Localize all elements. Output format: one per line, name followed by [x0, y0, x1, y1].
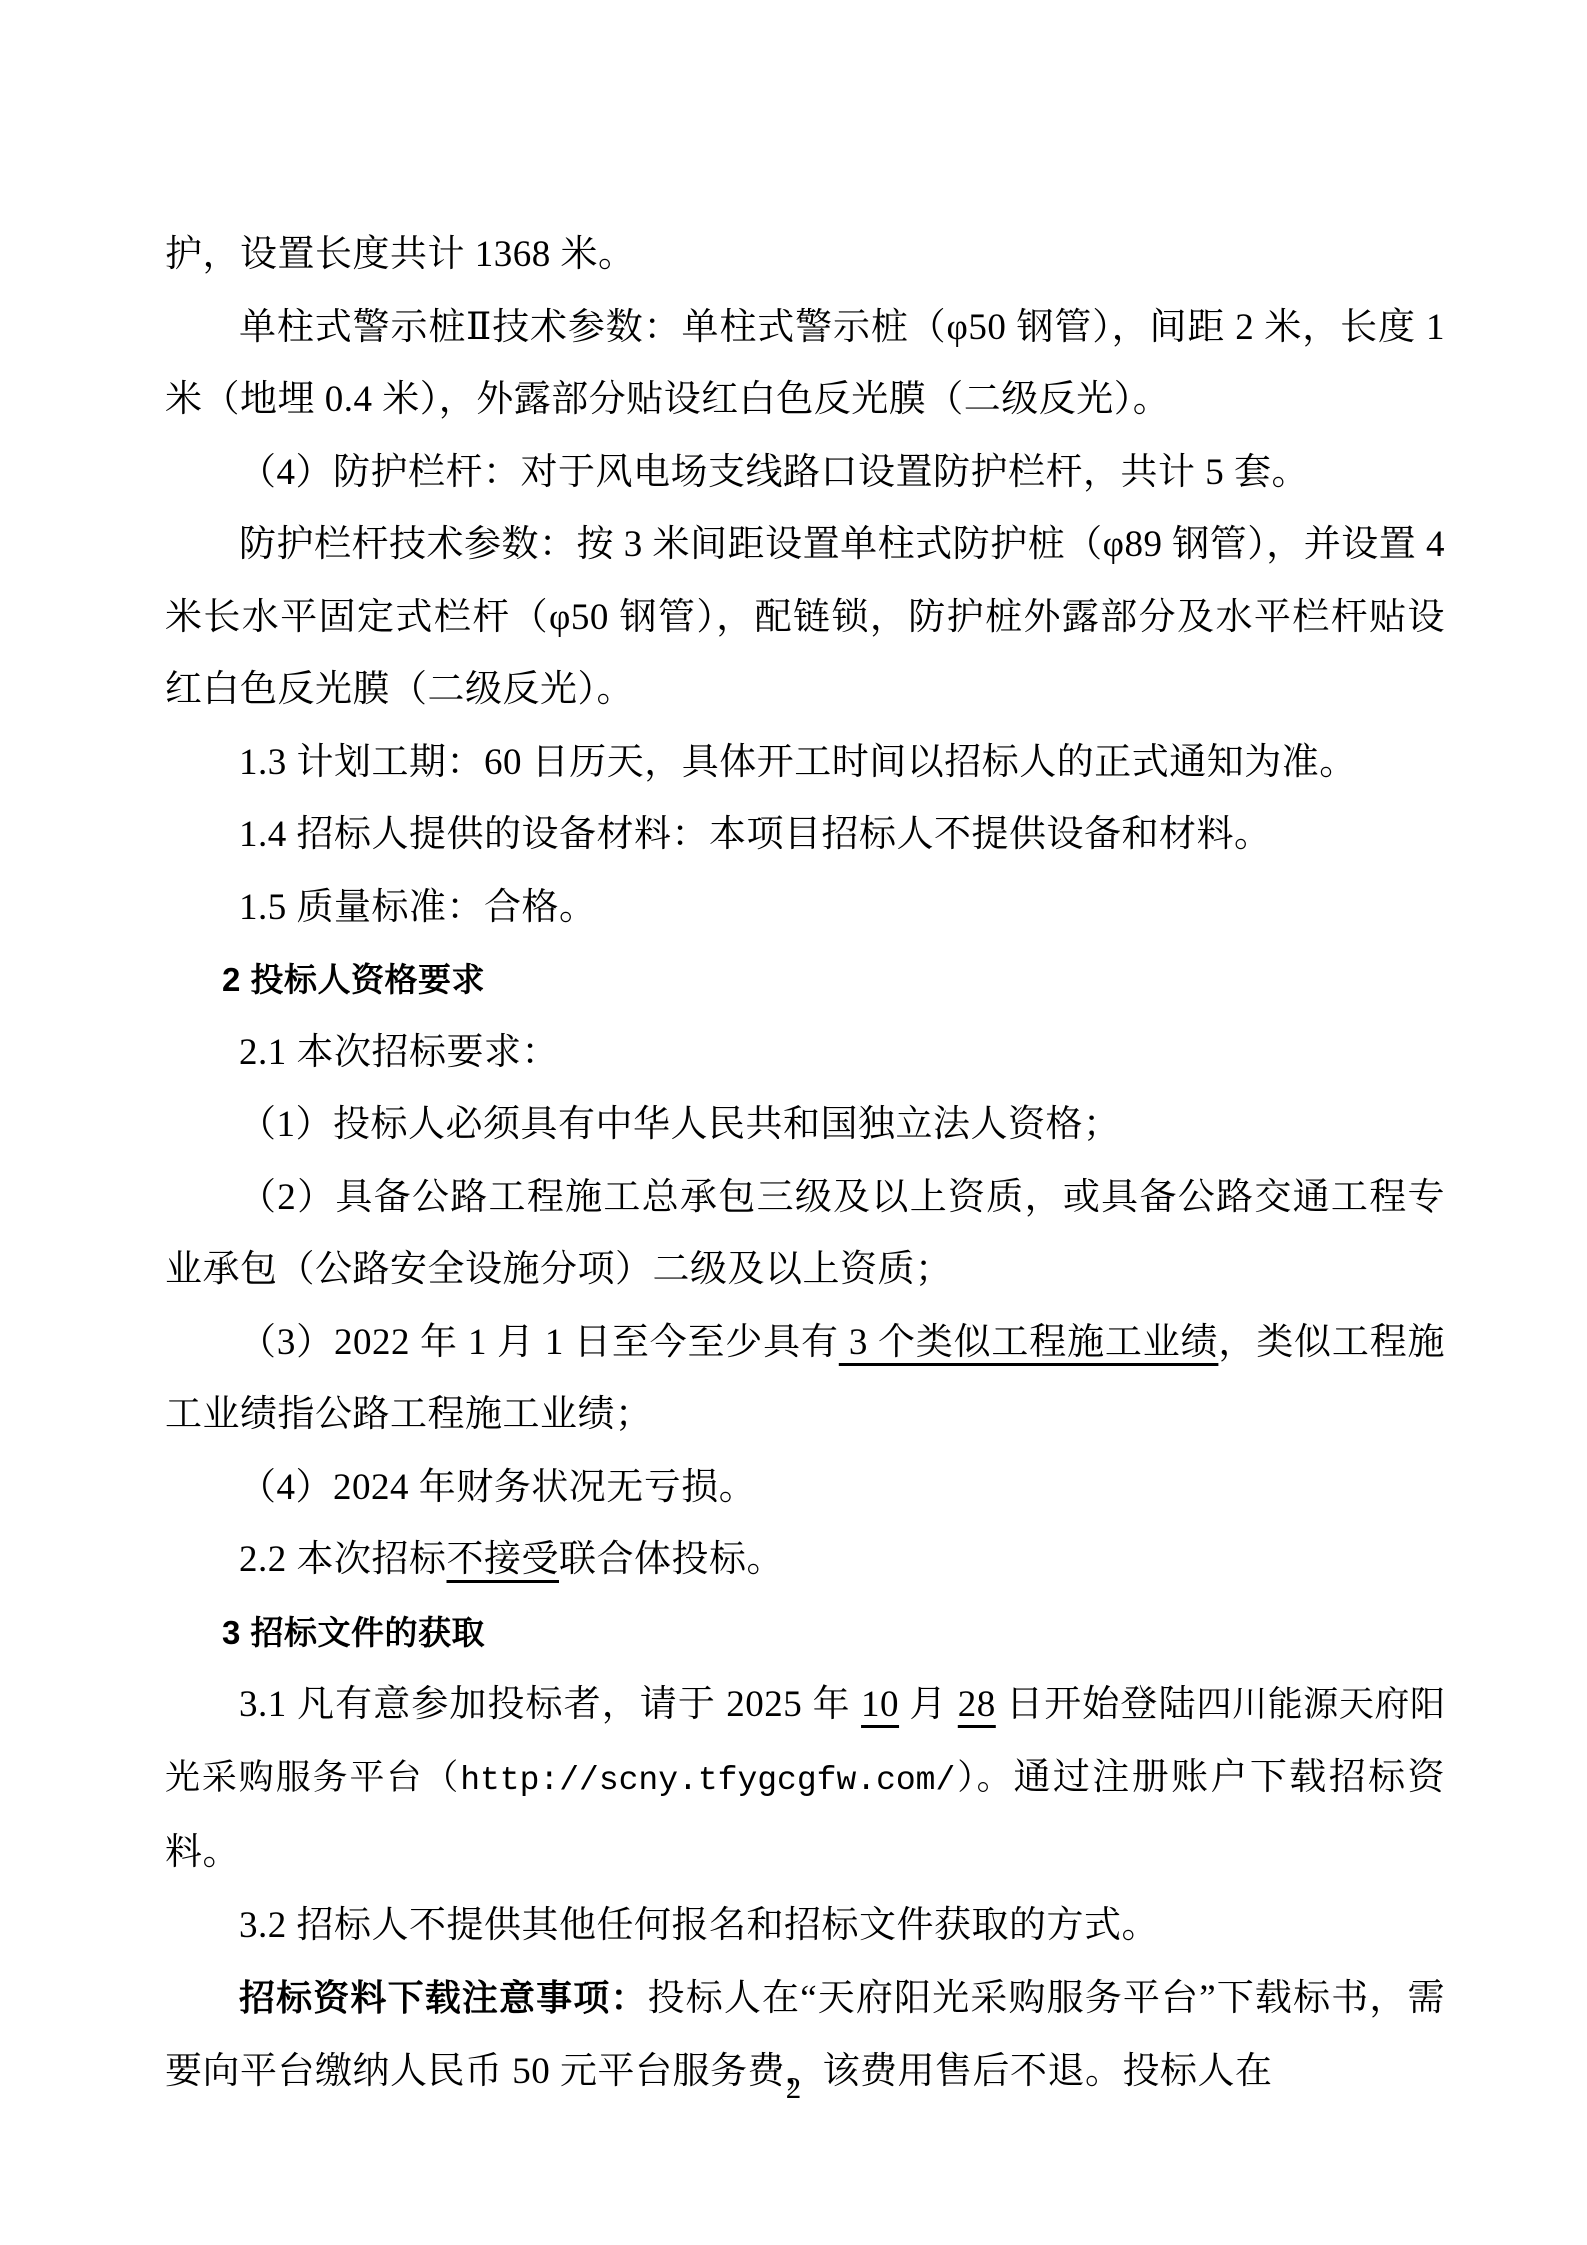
para-protective-railing-params: 防护栏杆技术参数：按 3 米间距设置单柱式防护桩（φ89 钢管），并设置 4 米… — [165, 509, 1445, 727]
document-body: 护，设置长度共计 1368 米。 单柱式警示桩Ⅱ技术参数：单柱式警示桩（φ50 … — [165, 219, 1445, 2108]
underlined-text: 3 个类似工程施工业绩 — [839, 1322, 1219, 1363]
text-run: 防护栏杆技术参数：按 3 米间距设置单柱式防护桩（φ89 钢管），并设置 4 米… — [165, 524, 1445, 710]
text-run: 2.1 本次招标要求： — [239, 1032, 559, 1073]
para-continuation-guardrail-length: 护，设置长度共计 1368 米。 — [165, 219, 1445, 292]
para-req-2-qualification-grade: （2）具备公路工程施工总承包三级及以上资质，或具备公路交通工程专业承包（公路安全… — [165, 1162, 1445, 1307]
page-number: 2 — [0, 2068, 1587, 2108]
text-run: （4）2024 年财务状况无亏损。 — [239, 1467, 756, 1508]
heading-text: 3 招标文件的获取 — [222, 1614, 485, 1651]
text-run: 日开始登陆 — [996, 1684, 1197, 1725]
text-run: 2.2 本次招标 — [239, 1539, 447, 1580]
para-req-4-financial-status: （4）2024 年财务状况无亏损。 — [165, 1452, 1445, 1525]
underlined-text: 不接受 — [447, 1539, 560, 1580]
text-run: 护，设置长度共计 1368 米。 — [165, 234, 636, 275]
text-run: 联合体投标。 — [559, 1539, 784, 1580]
text-run: 3.2 招标人不提供其他任何报名和招标文件获取的方式。 — [239, 1905, 1159, 1946]
text-run: 单柱式警示桩Ⅱ技术参数：单柱式警示桩（φ50 钢管），间距 2 米，长度 1 米… — [165, 307, 1445, 421]
para-1-5-quality-standard: 1.5 质量标准：合格。 — [165, 872, 1445, 945]
document-page: 护，设置长度共计 1368 米。 单柱式警示桩Ⅱ技术参数：单柱式警示桩（φ50 … — [0, 0, 1587, 2245]
platform-url-text: http://scny.tfygcgfw.com/ — [460, 1762, 955, 1799]
text-run: 3.1 凡有意参加投标者，请于 2025 年 — [239, 1684, 861, 1725]
heading-section-2-bidder-qualification: 2 投标人资格要求 — [165, 944, 1445, 1017]
para-1-4-equipment-materials: 1.4 招标人提供的设备材料：本项目招标人不提供设备和材料。 — [165, 799, 1445, 872]
text-run: 1.5 质量标准：合格。 — [239, 887, 597, 928]
para-req-1-legal-person: （1）投标人必须具有中华人民共和国独立法人资格； — [165, 1089, 1445, 1162]
underlined-text: 28 — [958, 1684, 996, 1725]
para-warning-pile-2-params: 单柱式警示桩Ⅱ技术参数：单柱式警示桩（φ50 钢管），间距 2 米，长度 1 米… — [165, 292, 1445, 437]
underlined-text: 10 — [861, 1684, 899, 1725]
heading-text: 2 投标人资格要求 — [222, 961, 485, 998]
para-3-2-no-other-methods: 3.2 招标人不提供其他任何报名和招标文件获取的方式。 — [165, 1890, 1445, 1963]
para-item-4-protective-railing: （4）防护栏杆：对于风电场支线路口设置防护栏杆，共计 5 套。 — [165, 437, 1445, 510]
para-1-3-construction-period: 1.3 计划工期：60 日历天，具体开工时间以招标人的正式通知为准。 — [165, 727, 1445, 800]
text-run: 1.4 招标人提供的设备材料：本项目招标人不提供设备和材料。 — [239, 814, 1272, 855]
para-req-3-similar-projects: （3）2022 年 1 月 1 日至今至少具有 3 个类似工程施工业绩，类似工程… — [165, 1307, 1445, 1452]
text-run: 月 — [899, 1684, 958, 1725]
bold-notice-label: 招标资料下载注意事项： — [239, 1977, 648, 2018]
text-run: 1.3 计划工期：60 日历天，具体开工时间以招标人的正式通知为准。 — [239, 742, 1357, 783]
para-3-1-registration-platform: 3.1 凡有意参加投标者，请于 2025 年 10 月 28 日开始登陆四川能源… — [165, 1669, 1445, 1890]
text-run: （3）2022 年 1 月 1 日至今至少具有 — [239, 1322, 839, 1363]
text-run: （2）具备公路工程施工总承包三级及以上资质，或具备公路交通工程专业承包（公路安全… — [165, 1177, 1445, 1291]
text-run: （4）防护栏杆：对于风电场支线路口设置防护栏杆，共计 5 套。 — [239, 452, 1309, 493]
text-run: ）。 — [955, 1758, 1013, 1797]
para-2-1-bid-requirements: 2.1 本次招标要求： — [165, 1017, 1445, 1090]
para-2-2-no-consortium: 2.2 本次招标不接受联合体投标。 — [165, 1524, 1445, 1597]
text-run: （1）投标人必须具有中华人民共和国独立法人资格； — [239, 1104, 1121, 1145]
heading-section-3-obtaining-documents: 3 招标文件的获取 — [165, 1597, 1445, 1670]
